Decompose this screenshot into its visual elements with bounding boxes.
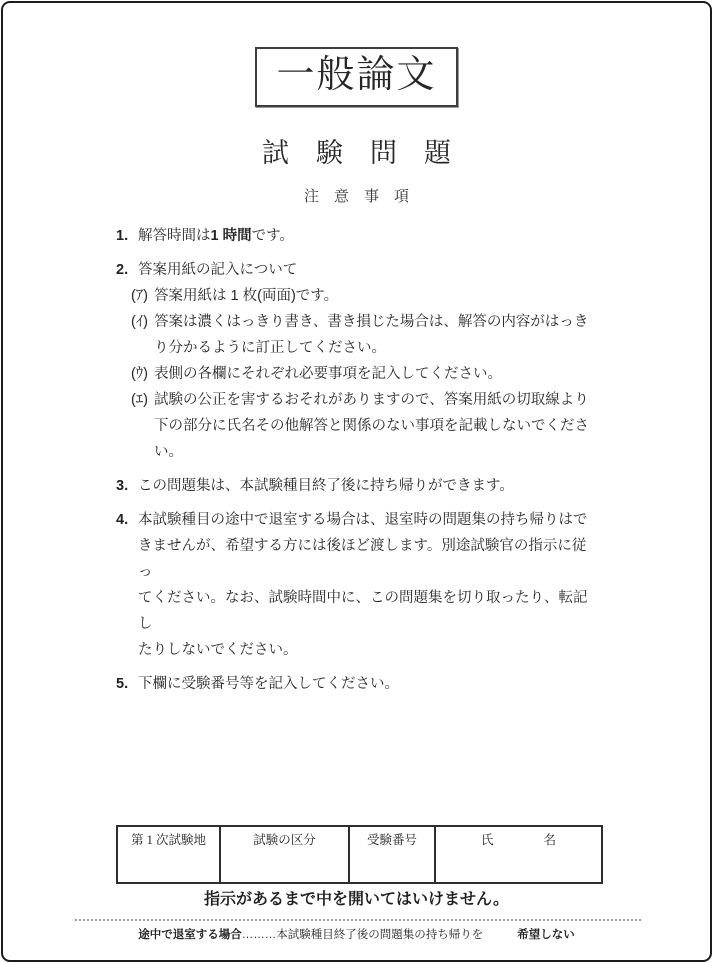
instructions-list: 1. 解答時間は1 時間です。 2. 答案用紙の記入について (ｱ) 答案用紙は… bbox=[116, 223, 594, 697]
notes-heading: 注 意 事 項 bbox=[3, 189, 710, 205]
instruction-item-2: 2. 答案用紙の記入について bbox=[116, 257, 594, 283]
item-text: 解答時間は1 時間です。 bbox=[138, 223, 294, 249]
footer-middle: ………本試験種目終了後の問題集の持ち帰りを bbox=[242, 929, 484, 941]
sub-marker: (ｱ) bbox=[131, 283, 154, 309]
instruction-item-1: 1. 解答時間は1 時間です。 bbox=[116, 223, 594, 249]
page-title: 試 験 問 題 bbox=[3, 139, 710, 167]
sub-marker: (ｲ) bbox=[131, 309, 154, 361]
item-number: 1. bbox=[116, 223, 138, 249]
footer-note: 途中で退室する場合………本試験種目終了後の問題集の持ち帰りを希望しない bbox=[3, 926, 710, 944]
item-number: 3. bbox=[116, 473, 138, 499]
sub-text: 答案用紙は 1 枚(両面)です。 bbox=[154, 283, 338, 309]
footer-option: 希望しない bbox=[517, 929, 575, 941]
examinee-info-table: 第 1 次試験地 試験の区分 受験番号 氏 名 bbox=[116, 825, 603, 884]
do-not-open-warning: 指示があるまで中を開いてはいけません。 bbox=[3, 890, 710, 910]
item-number: 5. bbox=[116, 671, 138, 697]
item-text: この問題集は、本試験種目終了後に持ち帰りができます。 bbox=[138, 473, 514, 499]
footer-label: 途中で退室する場合 bbox=[138, 929, 242, 941]
sub-item-a: (ｱ) 答案用紙は 1 枚(両面)です。 bbox=[131, 283, 594, 309]
sub-marker: (ｳ) bbox=[131, 361, 154, 387]
sub-marker: (ｴ) bbox=[131, 387, 154, 465]
subject-title: 一般論文 bbox=[276, 56, 436, 98]
instruction-item-5: 5. 下欄に受験番号等を記入してください。 bbox=[116, 671, 594, 697]
sub-text: 答案は濃くはっきり書き、書き損じた場合は、解答の内容がはっき り分かるように訂正… bbox=[154, 309, 588, 361]
table-cell-first-test-site: 第 1 次試験地 bbox=[118, 827, 219, 882]
sub-text: 試験の公正を害するおそれがありますので、答案用紙の切取線より 下の部分に氏名その… bbox=[154, 387, 589, 465]
subject-title-box: 一般論文 bbox=[255, 47, 458, 107]
item1-post: です。 bbox=[252, 228, 294, 244]
exam-cover-page: 一般論文 試 験 問 題 注 意 事 項 1. 解答時間は1 時間です。 2. … bbox=[1, 1, 712, 962]
item-text: 答案用紙の記入について bbox=[138, 257, 297, 283]
sub-item-i: (ｲ) 答案は濃くはっきり書き、書き損じた場合は、解答の内容がはっき り分かるよ… bbox=[131, 309, 594, 361]
item-text: 下欄に受験番号等を記入してください。 bbox=[138, 671, 399, 697]
instruction-item-2-sublist: (ｱ) 答案用紙は 1 枚(両面)です。 (ｲ) 答案は濃くはっきり書き、書き損… bbox=[131, 283, 594, 465]
item-number: 4. bbox=[116, 507, 138, 663]
instruction-item-4: 4. 本試験種目の途中で退室する場合は、退室時の問題集の持ち帰りはで きませんが… bbox=[116, 507, 594, 663]
sub-text: 表側の各欄にそれぞれ必要事項を記入してください。 bbox=[154, 361, 502, 387]
item-text: 本試験種目の途中で退室する場合は、退室時の問題集の持ち帰りはで きませんが、希望… bbox=[138, 507, 594, 663]
sub-item-u: (ｳ) 表側の各欄にそれぞれ必要事項を記入してください。 bbox=[131, 361, 594, 387]
item-number: 2. bbox=[116, 257, 138, 283]
table-cell-exam-category: 試験の区分 bbox=[219, 827, 348, 882]
item1-bold: 1 時間 bbox=[211, 228, 252, 244]
instruction-item-3: 3. この問題集は、本試験種目終了後に持ち帰りができます。 bbox=[116, 473, 594, 499]
dotted-divider bbox=[75, 919, 641, 921]
item1-pre: 解答時間は bbox=[138, 228, 211, 244]
table-cell-name: 氏 名 bbox=[434, 827, 601, 882]
sub-item-e: (ｴ) 試験の公正を害するおそれがありますので、答案用紙の切取線より 下の部分に… bbox=[131, 387, 594, 465]
table-cell-examinee-number: 受験番号 bbox=[348, 827, 434, 882]
